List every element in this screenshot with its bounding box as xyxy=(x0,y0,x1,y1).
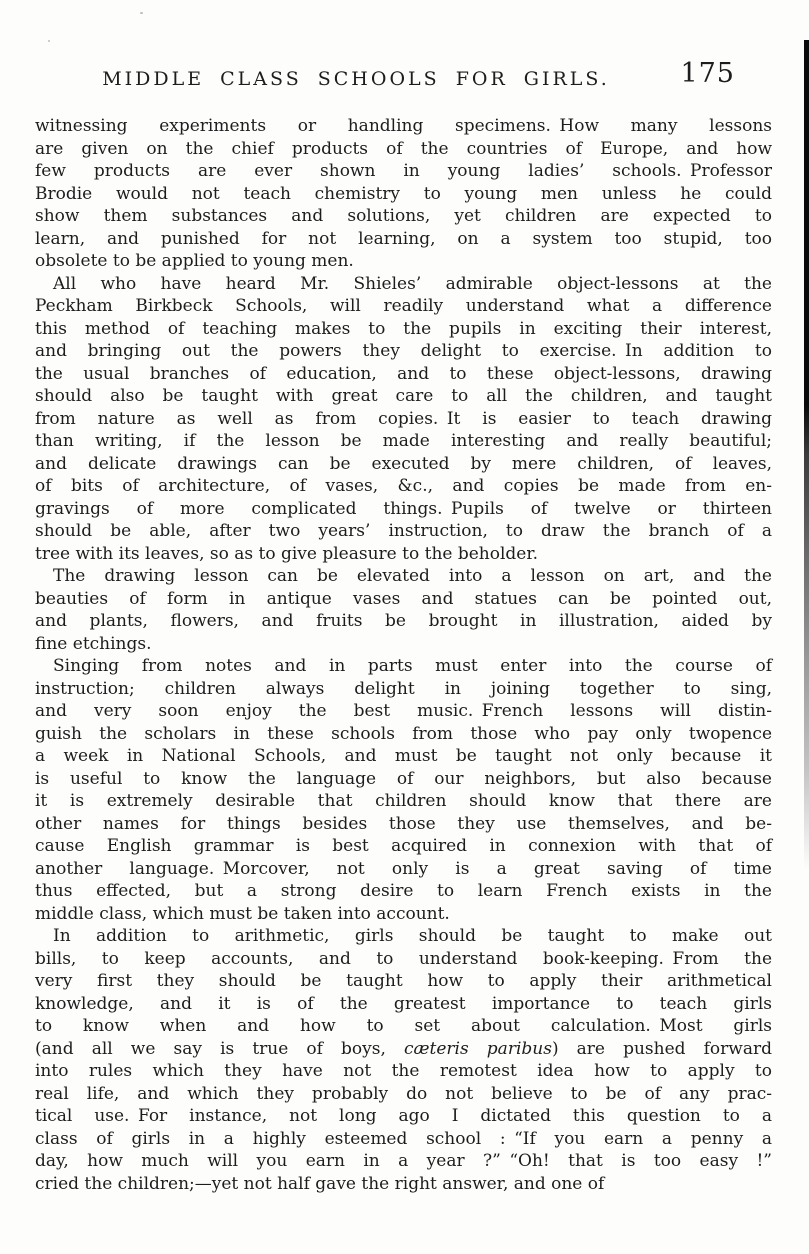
text-line: tical use. For instance, not long ago I … xyxy=(35,1105,772,1128)
text-line: knowledge, and it is of the greatest imp… xyxy=(35,993,772,1016)
text-line: this method of teaching makes to the pup… xyxy=(35,318,772,341)
text-line: middle class, which must be taken into a… xyxy=(35,903,772,926)
text-line: should be able, after two years’ instruc… xyxy=(35,520,772,543)
text-line: and delicate drawings can be executed by… xyxy=(35,453,772,476)
text-line: than writing, if the lesson be made inte… xyxy=(35,430,772,453)
text-line: beauties of form in antique vases and st… xyxy=(35,588,772,611)
text-line: guish the scholars in these schools from… xyxy=(35,723,772,746)
text-line: (and all we say is true of boys, cæteris… xyxy=(35,1038,772,1061)
text-line: the usual branches of education, and to … xyxy=(35,363,772,386)
text-line: cause English grammar is best acquired i… xyxy=(35,835,772,858)
book-page: MIDDLE CLASS SCHOOLS FOR GIRLS. 175 witn… xyxy=(0,0,809,1254)
text-line: All who have heard Mr. Shieles’ admirabl… xyxy=(35,273,772,296)
text-line: class of girls in a highly esteemed scho… xyxy=(35,1128,772,1151)
text-line: from nature as well as from copies. It i… xyxy=(35,408,772,431)
text-line: Singing from notes and in parts must ent… xyxy=(35,655,772,678)
paragraph: Singing from notes and in parts must ent… xyxy=(35,655,772,925)
text-line: cried the children;—yet not half gave th… xyxy=(35,1173,772,1196)
body-text: witnessing experiments or handling speci… xyxy=(35,115,772,1195)
scan-speck xyxy=(140,12,143,14)
text-line: a week in National Schools, and must be … xyxy=(35,745,772,768)
page-header: MIDDLE CLASS SCHOOLS FOR GIRLS. xyxy=(0,68,712,90)
text-line: and plants, flowers, and fruits be broug… xyxy=(35,610,772,633)
text-line: other names for things besides those the… xyxy=(35,813,772,836)
text-line: and bringing out the powers they delight… xyxy=(35,340,772,363)
text-line: and very soon enjoy the best music. Fren… xyxy=(35,700,772,723)
text-line: to know when and how to set about calcul… xyxy=(35,1015,772,1038)
text-line: of bits of architecture, of vases, &c., … xyxy=(35,475,772,498)
text-line: it is extremely desirable that children … xyxy=(35,790,772,813)
text-line: instruction; children always delight in … xyxy=(35,678,772,701)
text-line: In addition to arithmetic, girls should … xyxy=(35,925,772,948)
scan-edge-shadow xyxy=(804,40,809,870)
text-line: into rules which they have not the remot… xyxy=(35,1060,772,1083)
text-line: Brodie would not teach chemistry to youn… xyxy=(35,183,772,206)
text-line: fine etchings. xyxy=(35,633,772,656)
text-line: real life, and which they probably do no… xyxy=(35,1083,772,1106)
text-line: few products are ever shown in young lad… xyxy=(35,160,772,183)
paragraph: witnessing experiments or handling speci… xyxy=(35,115,772,273)
text-line: obsolete to be applied to young men. xyxy=(35,250,772,273)
text-line: tree with its leaves, so as to give plea… xyxy=(35,543,772,566)
text-line: show them substances and solutions, yet … xyxy=(35,205,772,228)
text-line: day, how much will you earn in a year ?”… xyxy=(35,1150,772,1173)
text-line: very first they should be taught how to … xyxy=(35,970,772,993)
text-line: learn, and punished for not learning, on… xyxy=(35,228,772,251)
page-number: 175 xyxy=(680,58,735,89)
paragraph: The drawing lesson can be elevated into … xyxy=(35,565,772,655)
text-line: gravings of more complicated things. Pup… xyxy=(35,498,772,521)
text-line: another language. Morcover, not only is … xyxy=(35,858,772,881)
text-line: Peckham Birkbeck Schools, will readily u… xyxy=(35,295,772,318)
text-line: thus effected, but a strong desire to le… xyxy=(35,880,772,903)
text-line: bills, to keep accounts, and to understa… xyxy=(35,948,772,971)
text-line: are given on the chief products of the c… xyxy=(35,138,772,161)
text-line: The drawing lesson can be elevated into … xyxy=(35,565,772,588)
running-title: MIDDLE CLASS SCHOOLS FOR GIRLS. xyxy=(102,68,610,90)
paragraph: All who have heard Mr. Shieles’ admirabl… xyxy=(35,273,772,566)
paragraph: In addition to arithmetic, girls should … xyxy=(35,925,772,1195)
text-line: should also be taught with great care to… xyxy=(35,385,772,408)
text-line: is useful to know the language of our ne… xyxy=(35,768,772,791)
scan-speck xyxy=(48,40,50,42)
text-line: witnessing experiments or handling speci… xyxy=(35,115,772,138)
